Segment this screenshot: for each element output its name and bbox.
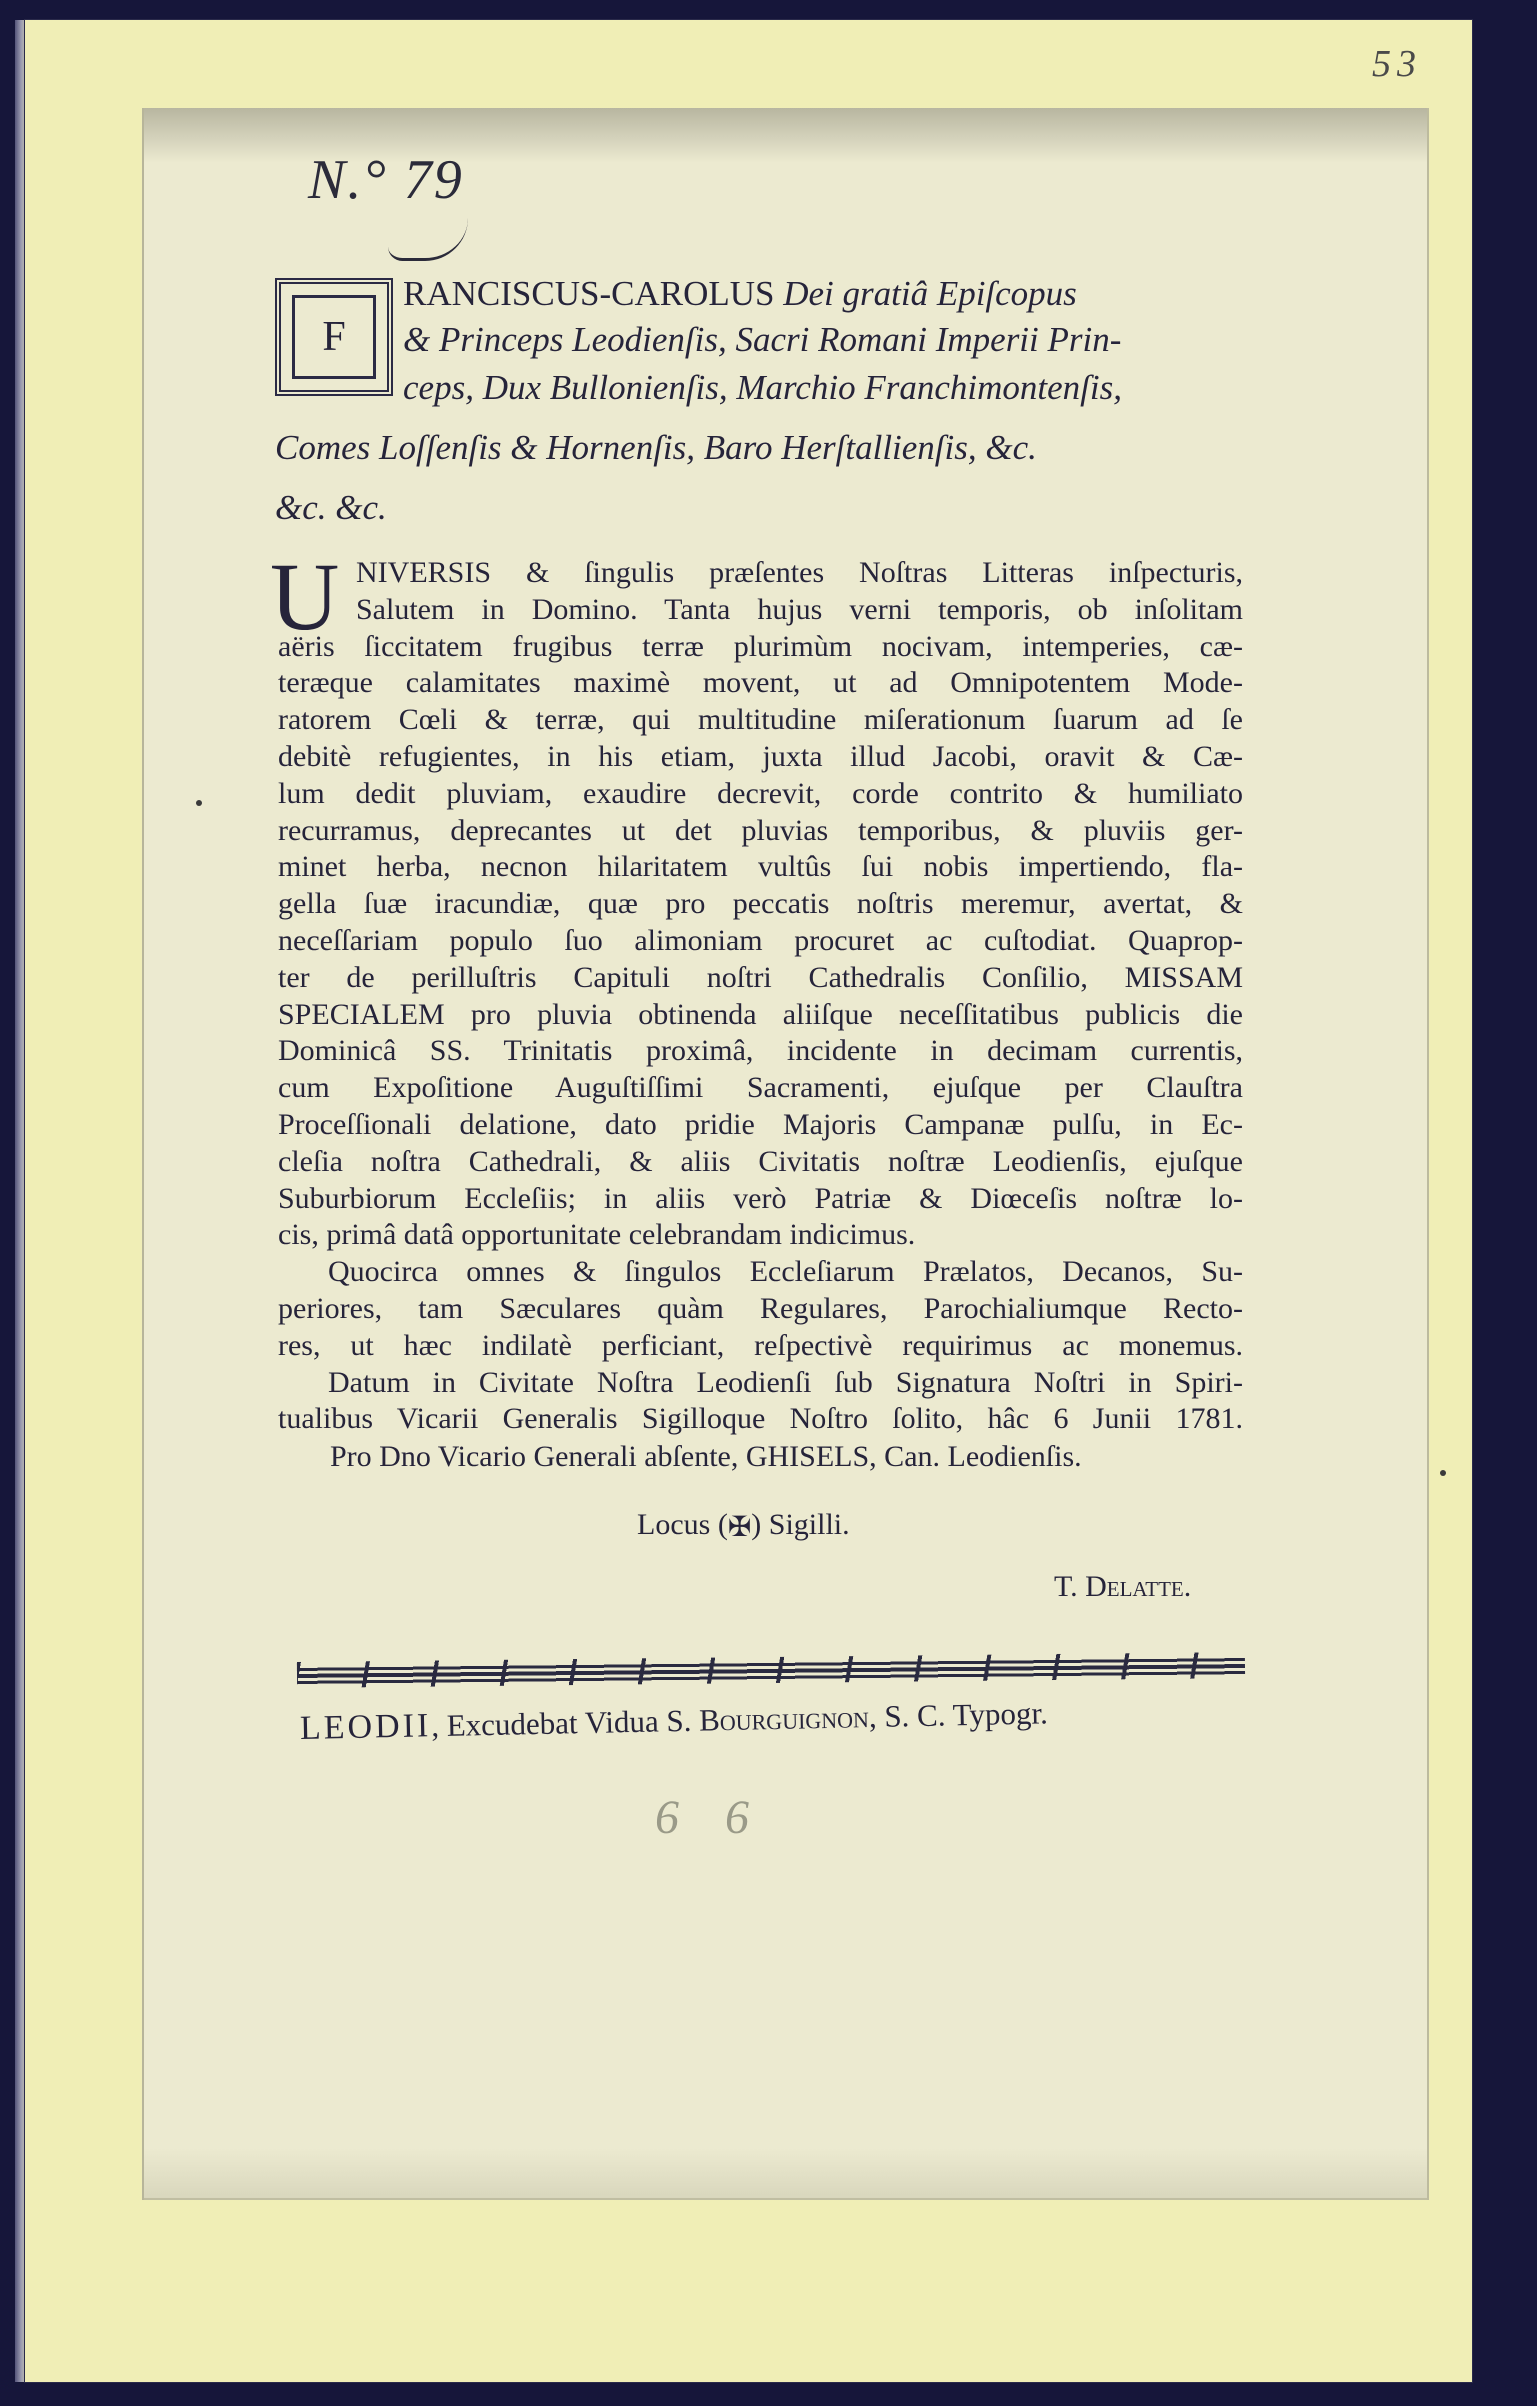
secretary-signature: T. Delatte. (1054, 1570, 1191, 1604)
body-line: periores, tam Sæculares quàm Regulares, … (278, 1291, 1243, 1328)
body-drop-initial: U (270, 549, 339, 645)
body-line: aëris ſiccitatem frugibus terræ plurimùm… (278, 629, 1243, 666)
imprint-city: LEODII (300, 1707, 432, 1747)
title-italic: ceps, Dux Bullonienſis, Marchio Franchim… (403, 368, 1122, 407)
title-italic: Dei gratiâ Epiſcopus (783, 274, 1077, 313)
seal-placeholder: Locus (✠) Sigilli. (637, 1508, 850, 1544)
title-line-3: ceps, Dux Bullonienſis, Marchio Franchim… (403, 370, 1122, 405)
body-line: cleſia noſtra Cathedrali, & aliis Civita… (278, 1144, 1243, 1181)
body-line: Quocirca omnes & ſingulos Eccleſiarum Pr… (278, 1254, 1243, 1291)
body-line: SPECIALEM pro pluvia obtinenda aliiſque … (278, 997, 1243, 1034)
body-line: res, ut hæc indilatè perficiant, reſpect… (278, 1328, 1243, 1365)
pencil-mark: 6 (655, 1790, 679, 1845)
imprint-text: , Excudebat Vidua S. (431, 1703, 700, 1744)
body-line: minet herba, necnon hilaritatem vultûs ſ… (278, 849, 1243, 886)
decree-body: U NIVERSIS & ſingulis præſentes Noſtras … (278, 555, 1243, 1438)
body-line: Datum in Civitate Noſtra Leodienſi ſub S… (278, 1365, 1243, 1402)
body-line: Proceſſionali delatione, dato pridie Maj… (278, 1107, 1243, 1144)
body-line: NIVERSIS & ſingulis præſentes Noſtras Li… (278, 555, 1243, 592)
seal-label-left: Locus ( (637, 1508, 728, 1541)
title-italic: &c. &c. (275, 488, 387, 527)
body-line: Suburbiorum Eccleſiis; in aliis verò Pat… (278, 1181, 1243, 1218)
ms-number-text: N.° 79 (308, 149, 464, 211)
imprint-suffix: , S. C. Typogr. (868, 1695, 1048, 1734)
body-line: recurramus, deprecantes ut det pluvias t… (278, 813, 1243, 850)
ornamental-initial-frame: F (275, 278, 393, 396)
title-line-2: & Princeps Leodienſis, Sacri Romani Impe… (403, 322, 1121, 357)
margin-ink-speck (196, 800, 202, 806)
vicar-signature-line: Pro Dno Vicario Generali abſente, GHISEL… (330, 1440, 1082, 1474)
body-line: cum Expoſitione Auguſtiſſimi Sacramenti,… (278, 1070, 1243, 1107)
body-line: teræque calamitates maximè movent, ut ad… (278, 665, 1243, 702)
body-line: Dominicâ SS. Trinitatis proximâ, inciden… (278, 1033, 1243, 1070)
body-line: lum dedit pluviam, exaudire decrevit, co… (278, 776, 1243, 813)
margin-ink-speck (1440, 1470, 1446, 1476)
title-line-5: &c. &c. (275, 490, 387, 525)
maltese-cross-icon: ✠ (728, 1510, 751, 1544)
archive-page-number: 53 (1372, 42, 1422, 86)
body-line: gella ſuæ iracundiæ, quæ pro peccatis no… (278, 886, 1243, 923)
title-line-4: Comes Loſſenſis & Hornenſis, Baro Herſta… (275, 430, 1037, 465)
imprint-printer: Bourguignon (699, 1699, 869, 1738)
body-line: tualibus Vicarii Generalis Sigilloque No… (278, 1401, 1243, 1438)
handwritten-document-number: N.° 79 (308, 148, 464, 212)
body-line: neceſſariam populo ſuo alimoniam procure… (278, 923, 1243, 960)
body-line: ter de perilluſtris Capituli noſtri Cath… (278, 960, 1243, 997)
title-italic: Comes Loſſenſis & Hornenſis, Baro Herſta… (275, 428, 1037, 467)
body-line: debitè refugientes, in his etiam, juxta … (278, 739, 1243, 776)
body-line: cis, primâ datâ opportunitate celebranda… (278, 1217, 1243, 1254)
ornamental-initial-letter: F (322, 313, 345, 361)
title-name: RANCISCUS-CAROLUS (403, 274, 783, 313)
body-line: Salutem in Domino. Tanta hujus verni tem… (278, 592, 1243, 629)
title-italic: & Princeps Leodienſis, Sacri Romani Impe… (403, 320, 1121, 359)
pencil-mark: 6 (725, 1790, 749, 1845)
body-line: ratorem Cœli & terræ, qui multitudine mi… (278, 702, 1243, 739)
title-line-1: RANCISCUS-CAROLUS Dei gratiâ Epiſcopus (403, 276, 1077, 311)
seal-label-right: ) Sigilli. (751, 1508, 849, 1541)
torn-bottom-edge (144, 2148, 1427, 2200)
